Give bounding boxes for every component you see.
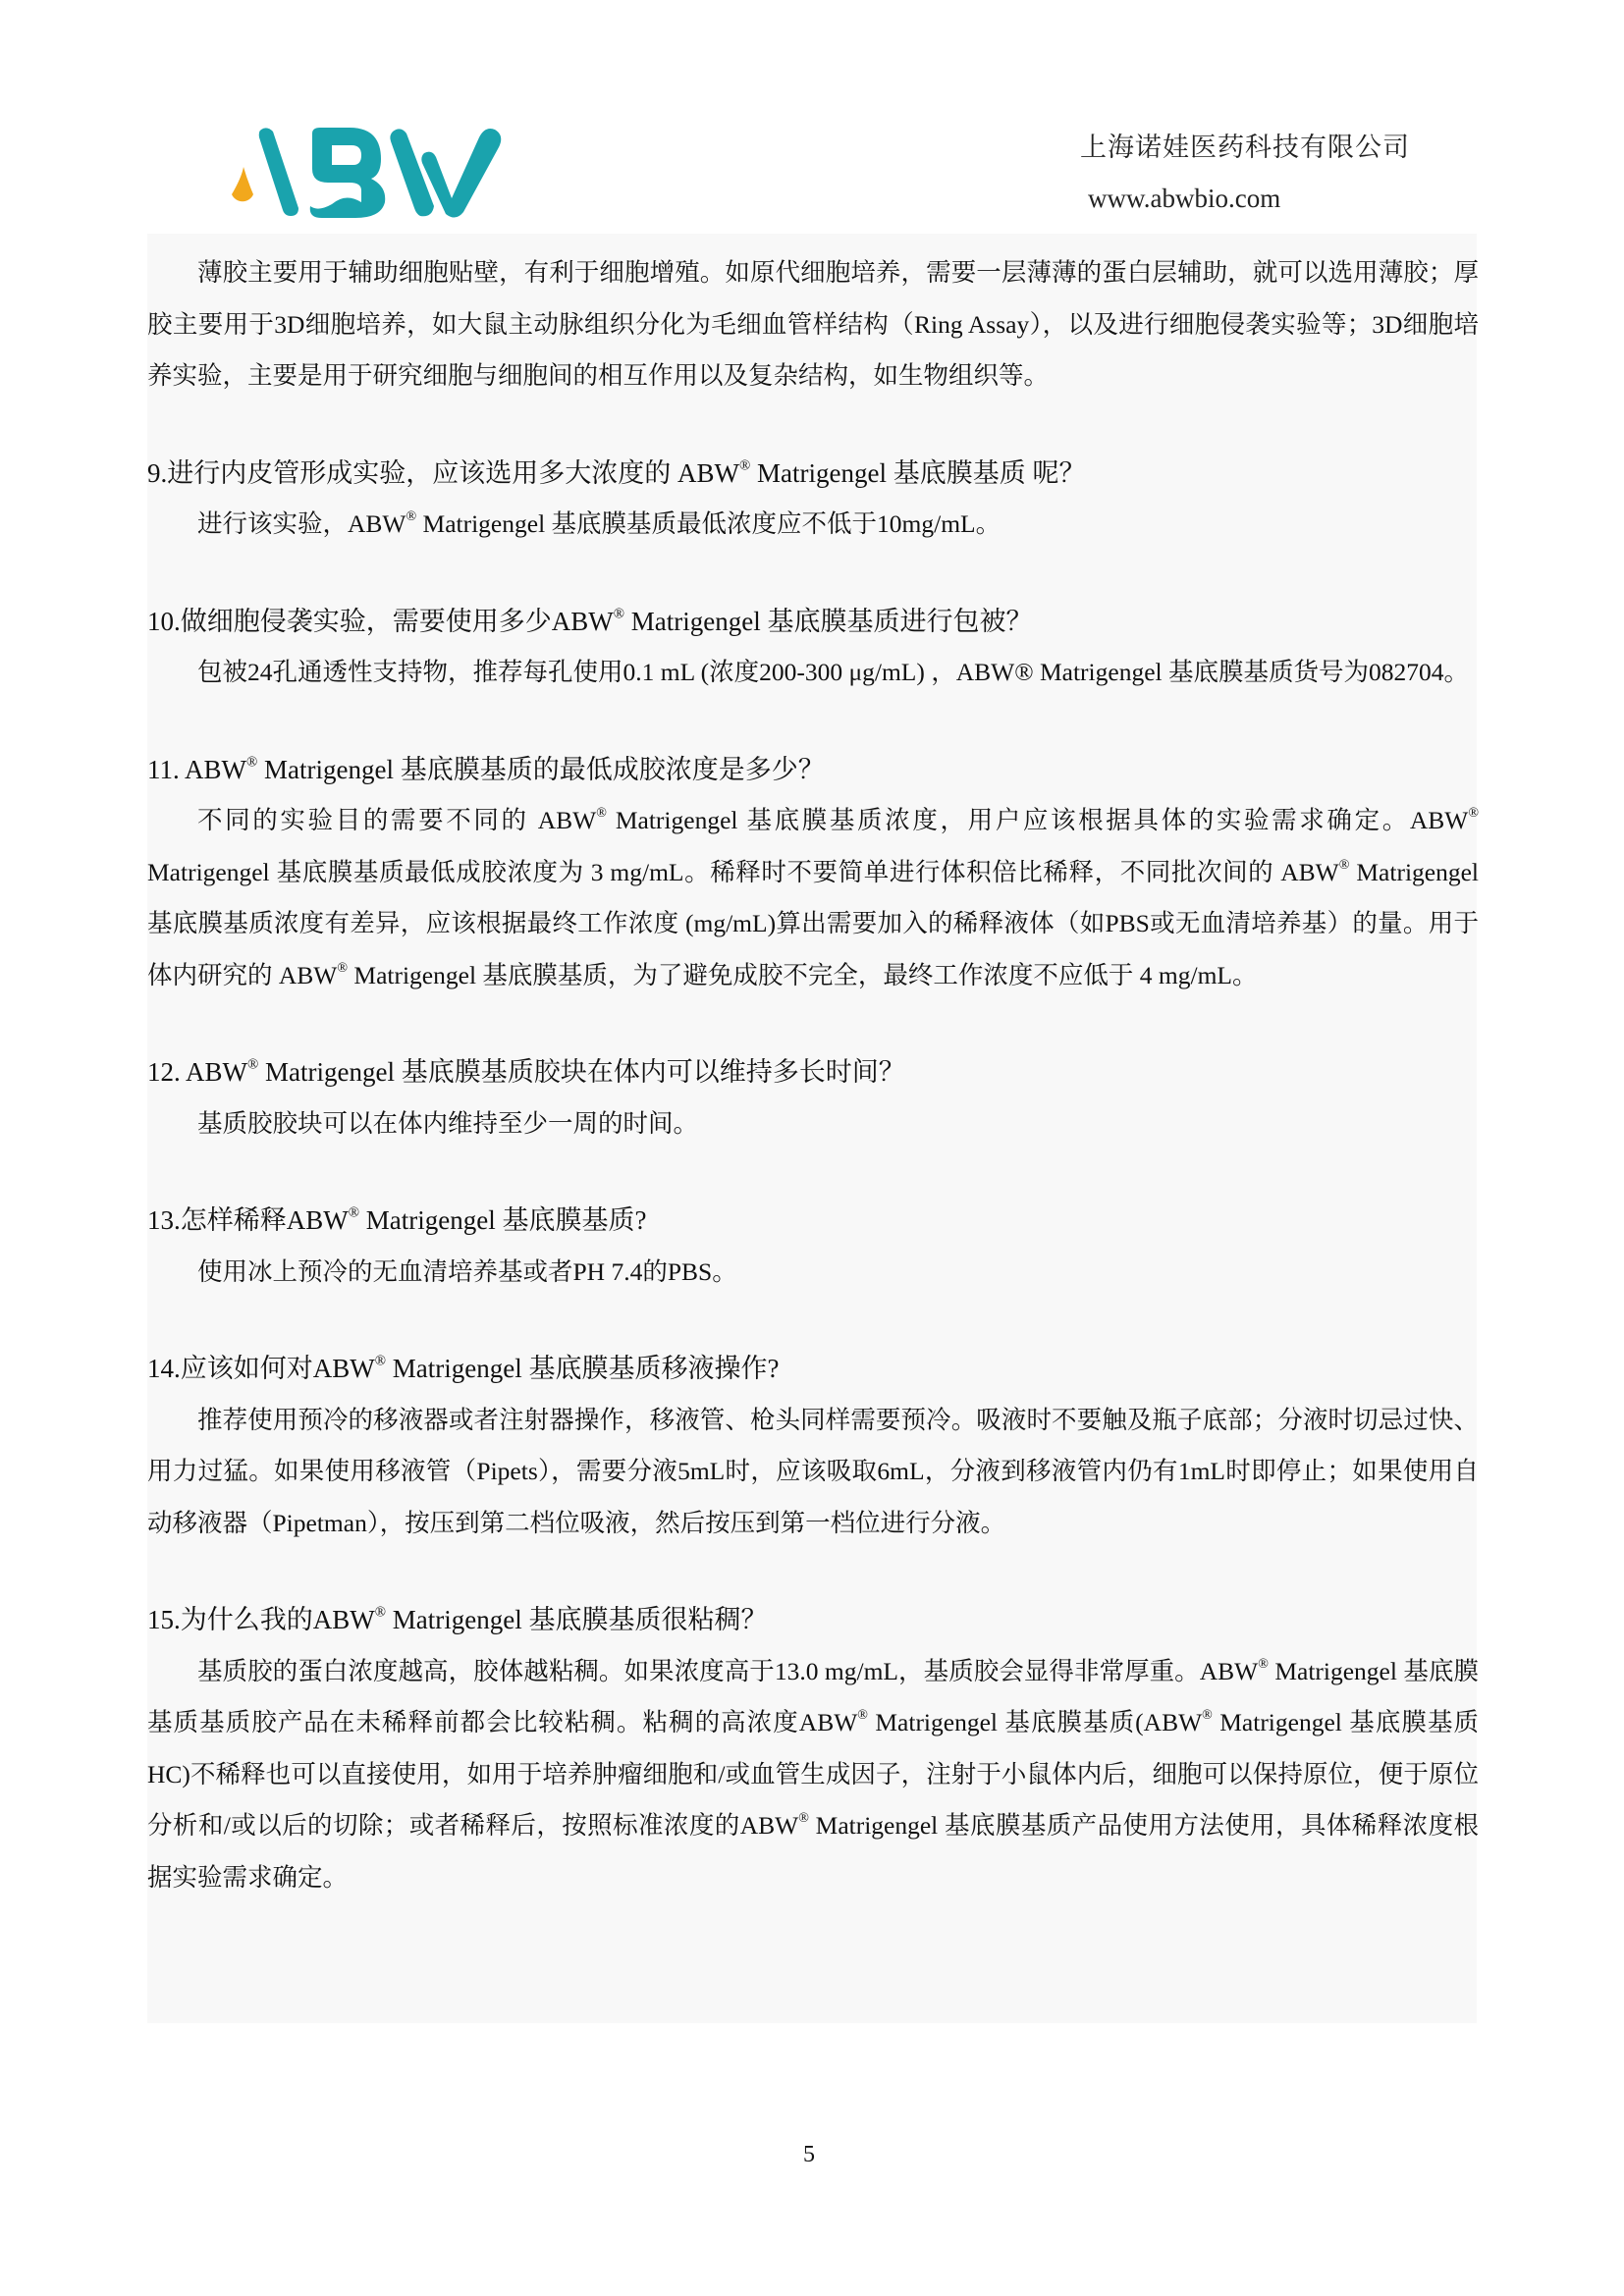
abw-logo-icon	[224, 124, 509, 222]
faq-answer-14: 推荐使用预冷的移液器或者注射器操作，移液管、枪头同样需要预冷。吸液时不要触及瓶子…	[147, 1395, 1479, 1550]
faq-question-12: 12. ABW® Matrigengel 基底膜基质胶块在体内可以维持多长时间？	[147, 1046, 1479, 1098]
faq-question-14: 14.应该如何对ABW® Matrigengel 基底膜基质移液操作?	[147, 1343, 1479, 1395]
faq-answer-13: 使用冰上预冷的无血清培养基或者PH 7.4的PBS。	[147, 1247, 1479, 1299]
faq-question-15: 15.为什么我的ABW® Matrigengel 基底膜基质很粘稠？	[147, 1594, 1479, 1646]
faq-answer-10: 包被24孔通透性支持物，推荐每孔使用0.1 mL (浓度200-300 μg/m…	[147, 647, 1479, 699]
faq-question-13: 13.怎样稀释ABW® Matrigengel 基底膜基质?	[147, 1195, 1479, 1247]
faq-question-11: 11. ABW® Matrigengel 基底膜基质的最低成胶浓度是多少？	[147, 744, 1479, 796]
faq-question-9: 9.进行内皮管形成实验，应该选用多大浓度的 ABW® Matrigengel 基…	[147, 448, 1479, 500]
intro-paragraph: 薄胶主要用于辅助细胞贴壁，有利于细胞增殖。如原代细胞培养，需要一层薄薄的蛋白层辅…	[147, 247, 1479, 402]
faq-answer-9: 进行该实验，ABW® Matrigengel 基底膜基质最低浓度应不低于10mg…	[147, 499, 1479, 551]
faq-answer-12: 基质胶胶块可以在体内维持至少一周的时间。	[147, 1098, 1479, 1150]
website-url: www.abwbio.com	[1088, 184, 1280, 214]
faq-content: 薄胶主要用于辅助细胞贴壁，有利于细胞增殖。如原代细胞培养，需要一层薄薄的蛋白层辅…	[147, 247, 1479, 1903]
company-name: 上海诺娃医药科技有限公司	[1080, 126, 1410, 164]
abw-logo	[224, 124, 509, 222]
faq-question-10: 10.做细胞侵袭实验，需要使用多少ABW® Matrigengel 基底膜基质进…	[147, 596, 1479, 648]
faq-answer-15: 基质胶的蛋白浓度越高，胶体越粘稠。如果浓度高于13.0 mg/mL，基质胶会显得…	[147, 1646, 1479, 1904]
page-number: 5	[803, 2142, 815, 2168]
faq-answer-11: 不同的实验目的需要不同的 ABW® Matrigengel 基底膜基质浓度，用户…	[147, 795, 1479, 1001]
